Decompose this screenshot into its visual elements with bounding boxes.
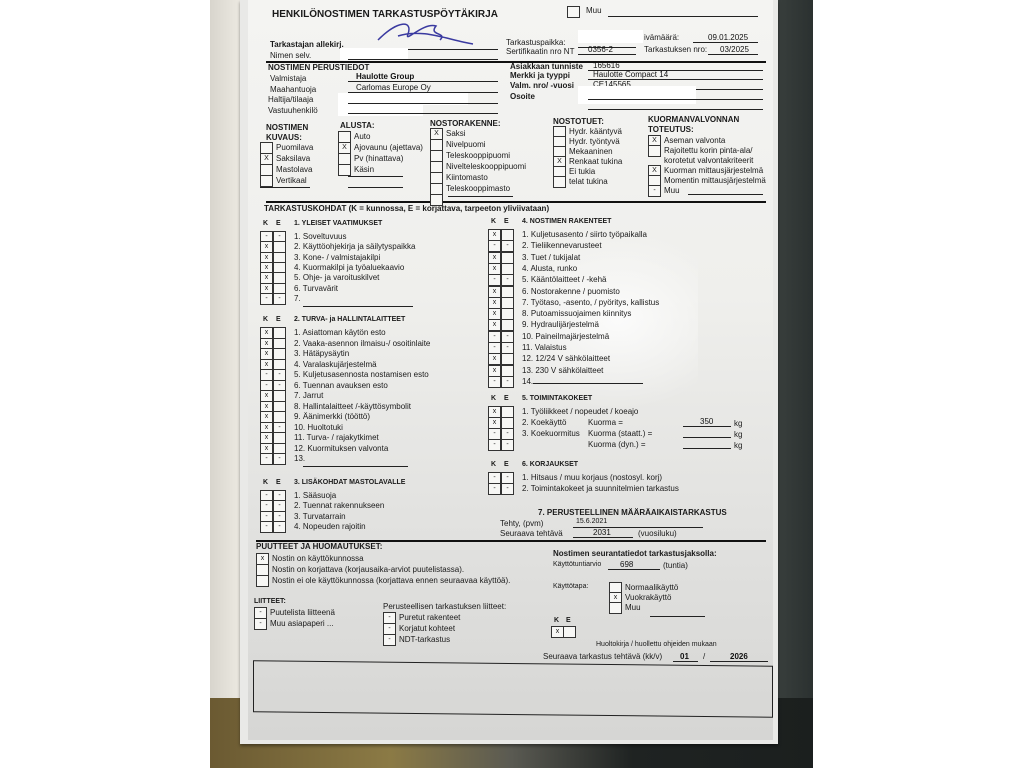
function_tests-item-label: 1. Työliikkeet / nopeudet / koeajo [522, 407, 638, 416]
next-inspection-label: Seuraava tarkastus tehtävä (kk/v) [543, 652, 662, 661]
structures-item-label: 9. Hydraulijärjestelmä [522, 320, 599, 329]
owner-label: Haltija/tilaaja [268, 95, 313, 104]
structures-e-checkbox[interactable]: - [501, 376, 514, 388]
lifting-item-checkbox[interactable] [430, 194, 443, 206]
usage-checkbox[interactable] [609, 602, 622, 614]
e-header: E [504, 395, 509, 402]
periodic-done-label: Tehty, (pvm) [500, 519, 543, 528]
general-item-label: 5. Ohje- ja varoituskilvet [294, 273, 379, 282]
redacted-responsible [338, 104, 423, 116]
mast-item-label: 1. Sääsuoja [294, 491, 336, 500]
lifting-item-label: Teleskooppimasto [446, 184, 510, 193]
attachments-heading: LIITTEET: [254, 598, 286, 605]
manufacturer-label: Valmistaja [270, 74, 306, 83]
mast-e-checkbox[interactable]: - [273, 521, 286, 533]
description-item-label: Vertikaal [276, 176, 307, 185]
chassis-item-label: Auto [354, 132, 370, 141]
place-label: Tarkastuspaikka: [506, 38, 566, 47]
structures-item-label: 6. Nostorakenne / puomisto [522, 287, 620, 296]
safety-item-label: 4. Varalaskujärjestelmä [294, 360, 377, 369]
periodic-attachments-heading: Perusteellisen tarkastuksen liitteet: [383, 602, 506, 611]
general-item-label: 6. Turvavärit [294, 284, 338, 293]
k-header: K [263, 220, 268, 227]
importer-value: Carlomas Europe Oy [356, 83, 431, 92]
top-muu-checkbox[interactable] [567, 6, 580, 18]
load-unit: kg [734, 441, 742, 450]
chassis-item-label: Pv (hinattava) [354, 154, 403, 163]
safety-item-label: 12. Kuormituksen valvonta [294, 444, 388, 453]
top-muu-label: Muu [586, 6, 602, 15]
blank-line [348, 187, 403, 188]
blank-line [448, 196, 513, 197]
structures-k-checkbox[interactable]: x [488, 286, 501, 298]
structures-e-checkbox[interactable] [501, 252, 514, 264]
customer-id-label: Asiakkaan tunniste [510, 62, 583, 71]
safety-item-label: 9. Äänimerkki (tööttö) [294, 412, 370, 421]
structures-k-checkbox[interactable]: - [488, 342, 501, 354]
safety-item-label: 6. Tuennan avauksen esto [294, 381, 388, 390]
safety-heading: 2. TURVA- ja HALLINTALAITTEET [294, 316, 405, 323]
structures-k-checkbox[interactable]: x [488, 229, 501, 241]
structures-e-checkbox[interactable] [501, 297, 514, 309]
safety-k-checkbox[interactable]: - [260, 453, 273, 465]
remark-checkbox[interactable] [256, 575, 269, 587]
load-line [683, 426, 731, 427]
load-unit: kg [734, 419, 742, 428]
chassis-item-label: Käsin [354, 165, 374, 174]
periodic-next-label: Seuraava tehtävä [500, 529, 563, 538]
load-label: Kuorma = [588, 418, 623, 427]
structures-item-label: 8. Putoamissuojaimen kiinnitys [522, 309, 631, 318]
general-e-checkbox[interactable]: - [273, 293, 286, 305]
next-inspection-year: 2026 [730, 652, 748, 661]
structures-k-checkbox[interactable]: x [488, 297, 501, 309]
load-control-item-label: Aseman valvonta [664, 136, 725, 145]
load-control-item-label: korotetut valvontakriteerit [664, 156, 753, 165]
structures-e-checkbox[interactable] [501, 308, 514, 320]
importer-label: Maahantuoja [270, 85, 316, 94]
structures-e-checkbox[interactable]: - [501, 240, 514, 252]
e-header: E [276, 316, 281, 323]
structures-item-label: 10. Paineilmajärjestelmä [522, 332, 609, 341]
load-label: Kuorma (dyn.) = [588, 440, 646, 449]
general-k-checkbox[interactable]: - [260, 293, 273, 305]
maintenance-e-checkbox[interactable] [563, 626, 576, 638]
binder-left-edge [210, 0, 240, 768]
load-control-item-label: Momentin mittausjärjestelmä [664, 176, 766, 185]
remark-label: Nostin on korjattava (korjausaika-arviot… [272, 565, 464, 574]
structures-k-checkbox[interactable]: - [488, 240, 501, 252]
next-inspection-separator: / [703, 652, 705, 661]
lifting-item-label: Nivelteleskooppipuomi [446, 162, 526, 171]
periodic-next-value: 2031 [593, 528, 611, 537]
hours-label: Käyttötuntiarvio [553, 561, 601, 568]
date-value: 09.01.2025 [708, 33, 748, 42]
k-header: K [263, 479, 268, 486]
attachment-label: Puutelista liitteenä [270, 608, 335, 617]
structures-k-checkbox[interactable]: x [488, 353, 501, 365]
periodic-attachment-label: Puretut rakenteet [399, 613, 460, 622]
general-item-label: 2. Käyttöohjekirja ja säilytyspaikka [294, 242, 415, 251]
structures-item-label: 14. [522, 377, 533, 386]
lifting-item-label: Nivelpuomi [446, 140, 486, 149]
safety-item-label: 2. Vaaka-asennon ilmaisu-/ osoitinlaite [294, 339, 430, 348]
load-control-heading-2: TOTEUTUS: [648, 125, 694, 134]
periodic-heading: 7. PERUSTEELLINEN MÄÄRÄAIKAISTARKASTUS [538, 508, 727, 517]
safety-item-label: 1. Asiattoman käytön esto [294, 328, 386, 337]
usage-label: Vuokrakäyttö [625, 593, 671, 602]
mast-k-checkbox[interactable]: - [260, 521, 273, 533]
load-line [683, 437, 731, 438]
load-control-item-label: Kuorman mittausjärjestelmä [664, 166, 763, 175]
comments-box[interactable] [253, 660, 773, 717]
structures-item-label: 7. Työtaso, -asento, / pyöritys, kallist… [522, 298, 659, 307]
e-header: E [276, 479, 281, 486]
structures-e-checkbox[interactable] [501, 319, 514, 331]
outrigger-item-label: telat tukina [569, 177, 608, 186]
repairs-item-label: 1. Hitsaus / muu korjaus (nostosyl. korj… [522, 473, 662, 482]
mast-item-label: 2. Tuennat rakennukseen [294, 501, 384, 510]
remarks-heading: PUUTTEET JA HUOMAUTUKSET: [256, 542, 382, 551]
load-unit: kg [734, 430, 742, 439]
date-label: ivämäärä: [644, 33, 679, 42]
description-heading-2: KUVAUS: [266, 133, 302, 142]
structures-k-checkbox[interactable]: - [488, 376, 501, 388]
e-header: E [504, 461, 509, 468]
remark-label: Nostin ei ole käyttökunnossa (korjattava… [272, 576, 510, 585]
structures-e-checkbox[interactable]: - [501, 342, 514, 354]
periodic-attachment-label: NDT-tarkastus [399, 635, 450, 644]
maintenance-label: Huoltokirja / huollettu ohjeiden mukaan [596, 641, 717, 648]
maintenance-k-header: K [554, 617, 559, 624]
blank-line [533, 383, 643, 384]
e-header: E [276, 220, 281, 227]
structures-k-checkbox[interactable]: x [488, 308, 501, 320]
maintenance-e-header: E [566, 617, 571, 624]
binder-right-edge [773, 0, 813, 768]
next-inspection-month: 01 [680, 652, 689, 661]
safety-e-checkbox[interactable]: - [273, 453, 286, 465]
safety-item-label: 13. [294, 454, 305, 463]
structures-e-checkbox[interactable] [501, 353, 514, 365]
redacted-place [578, 30, 643, 43]
description-item-label: Mastolava [276, 165, 312, 174]
repairs-e-checkbox[interactable]: - [501, 483, 514, 495]
chassis-heading: ALUSTA: [340, 121, 375, 130]
structures-k-checkbox[interactable]: - [488, 331, 501, 343]
structures-item-label: 3. Tuet / tukijalat [522, 253, 580, 262]
lifting-structure-heading: NOSTORAKENNE: [430, 119, 501, 128]
safety-item-label: 8. Hallintalaitteet /-käyttösymbolit [294, 402, 411, 411]
structures-k-checkbox[interactable]: - [488, 274, 501, 286]
blank-line [260, 187, 310, 188]
general-heading: 1. YLEISET VAATIMUKSET [294, 220, 382, 227]
load-control-heading: KUORMANVALVONNAN [648, 115, 739, 124]
safety-item-label: 7. Jarrut [294, 391, 323, 400]
repairs-item-label: 2. Toimintakokeet ja suunnitelmien tarka… [522, 484, 679, 493]
responsible-label: Vastuuhenkilö [268, 106, 318, 115]
function_tests-e-checkbox[interactable]: - [501, 439, 514, 451]
function_tests-item-label: 2. Koekäyttö [522, 418, 566, 427]
blank-line [688, 194, 763, 195]
load-line [683, 448, 731, 449]
outriggers-heading: NOSTOTUET: [553, 117, 604, 126]
name-label: Nimen selv. [270, 51, 311, 60]
attachment-label: Muu asiapaperi ... [270, 619, 334, 628]
safety-item-label: 10. Huoltotuki [294, 423, 343, 432]
structures-k-checkbox[interactable]: x [488, 263, 501, 275]
function_tests-item-label: 3. Koekuormitus [522, 429, 580, 438]
structures-item-label: 5. Kääntölaitteet / -kehä [522, 275, 607, 284]
blank-line [303, 306, 413, 307]
lifting-item-label: Teleskooppipuomi [446, 151, 510, 160]
safety-item-label: 5. Kuljetusasennosta nostamisen esto [294, 370, 429, 379]
serial-label: Valm. nro/ -vuosi [510, 81, 574, 90]
structures-item-label: 4. Alusta, runko [522, 264, 577, 273]
usage-label: Käyttötapa: [553, 583, 588, 590]
k-header: K [491, 395, 496, 402]
chassis-item-checkbox[interactable] [338, 164, 351, 176]
inspection-no-value: 03/2025 [720, 45, 749, 54]
cert-label: Sertifikaatin nro NT [506, 47, 574, 56]
address-label: Osoite [510, 92, 535, 101]
safety-item-label: 11. Turva- / rajakytkimet [294, 433, 379, 442]
inspection-legend: TARKASTUSKOHDAT (K = kunnossa, E = korja… [264, 204, 549, 213]
blank-line [348, 176, 403, 177]
chassis-item-label: Ajovaunu (ajettava) [354, 143, 423, 152]
structures-k-checkbox[interactable]: x [488, 365, 501, 377]
cert-value: 0356-2 [588, 45, 613, 54]
load-control-item-label: Rajoitettu korin pinta-ala/ [664, 146, 753, 155]
description-item-label: Saksilava [276, 154, 310, 163]
structures-item-label: 1. Kuljetusasento / siirto työpaikalla [522, 230, 647, 239]
general-item-label: 7. [294, 294, 301, 303]
structures-item-label: 11. Valaistus [522, 343, 567, 352]
basic-info-heading: NOSTIMEN PERUSTIEDOT [268, 63, 369, 72]
document-photo: Muu HENKILÖNOSTIMEN TARKASTUSPÖYTÄKIRJA … [210, 0, 813, 768]
monitoring-heading: Nostimen seurantatiedot tarkastusjaksoll… [553, 549, 717, 558]
load-value: 350 [700, 417, 713, 426]
mast-item-label: 4. Nopeuden rajoitin [294, 522, 366, 531]
structures-e-checkbox[interactable]: - [501, 274, 514, 286]
lifting-item-label: Saksi [446, 129, 466, 138]
load-label: Kuorma (staatt.) = [588, 429, 652, 438]
structures-e-checkbox[interactable] [501, 365, 514, 377]
remark-label: Nostin on käyttökunnossa [272, 554, 364, 563]
load-control-item-label: Muu [664, 186, 680, 195]
structures-e-checkbox[interactable] [501, 263, 514, 275]
lifting-item-label: Kiintomasto [446, 173, 488, 182]
mast-item-label: 3. Turvatarrain [294, 512, 346, 521]
load-control-item-checkbox[interactable] [648, 145, 661, 157]
hours-unit: (tuntia) [663, 561, 688, 570]
general-item-label: 1. Soveltuvuus [294, 232, 346, 241]
repairs-k-checkbox[interactable]: - [488, 483, 501, 495]
outrigger-item-label: Mekaaninen [569, 147, 613, 156]
make-type-value: Haulotte Compact 14 [593, 70, 668, 79]
structures-e-checkbox[interactable]: - [501, 331, 514, 343]
structures-item-label: 12. 12/24 V sähkölaitteet [522, 354, 610, 363]
function_tests-heading: 5. TOIMINTAKOKEET [522, 395, 592, 402]
blank-line [303, 466, 408, 467]
attachment-checkbox[interactable]: - [254, 618, 267, 630]
function_tests-k-checkbox[interactable]: - [488, 439, 501, 451]
inspection-no-label: Tarkastuksen nro: [644, 45, 707, 54]
inspection-form: Muu HENKILÖNOSTIMEN TARKASTUSPÖYTÄKIRJA … [248, 0, 773, 740]
periodic-done-value: 15.6.2021 [576, 518, 607, 525]
outrigger-item-label: Hydr. kääntyvä [569, 127, 622, 136]
safety-item-label: 3. Hätäpysäytin [294, 349, 349, 358]
hours-value: 698 [620, 560, 633, 569]
repairs-heading: 6. KORJAUKSET [522, 461, 578, 468]
outrigger-item-checkbox[interactable] [553, 176, 566, 188]
redacted-address [578, 86, 696, 104]
make-type-label: Merkki ja tyyppi [510, 71, 570, 80]
mast-heading: 3. LISÄKOHDAT MASTOLAVALLE [294, 479, 405, 486]
description-item-label: Puomilava [276, 143, 313, 152]
outrigger-item-label: Ei tukia [569, 167, 595, 176]
manufacturer-value: Haulotte Group [356, 72, 414, 81]
usage-label: Normaalikäyttö [625, 583, 678, 592]
k-header: K [491, 461, 496, 468]
usage-label: Muu [625, 603, 641, 612]
signature-scribble [368, 14, 478, 48]
general-item-label: 3. Kone- / valmistajakilpi [294, 253, 380, 262]
general-item-label: 4. Kuormakilpi ja työaluekaavio [294, 263, 404, 272]
k-header: K [263, 316, 268, 323]
periodic-attachment-checkbox[interactable]: - [383, 634, 396, 646]
periodic-next-unit: (vuosiluku) [638, 529, 677, 538]
structures-k-checkbox[interactable]: x [488, 252, 501, 264]
outrigger-item-label: Hydr. työntyvä [569, 137, 620, 146]
structures-item-label: 13. 230 V sähkölaitteet [522, 366, 603, 375]
customer-id-value: 165616 [593, 61, 620, 70]
k-header: K [491, 218, 496, 225]
structures-k-checkbox[interactable]: x [488, 319, 501, 331]
outrigger-item-label: Renkaat tukina [569, 157, 622, 166]
description-item-checkbox[interactable] [260, 175, 273, 187]
structures-e-checkbox[interactable] [501, 286, 514, 298]
signature-label: Tarkastajan allekirj. [270, 40, 344, 49]
description-heading: NOSTIMEN [266, 123, 308, 132]
structures-item-label: 2. Tieliikennevarusteet [522, 241, 602, 250]
periodic-attachment-label: Korjatut kohteet [399, 624, 455, 633]
load-control-item-checkbox[interactable]: - [648, 185, 661, 197]
e-header: E [504, 218, 509, 225]
structures-e-checkbox[interactable] [501, 229, 514, 241]
structures-heading: 4. NOSTIMEN RAKENTEET [522, 218, 611, 225]
